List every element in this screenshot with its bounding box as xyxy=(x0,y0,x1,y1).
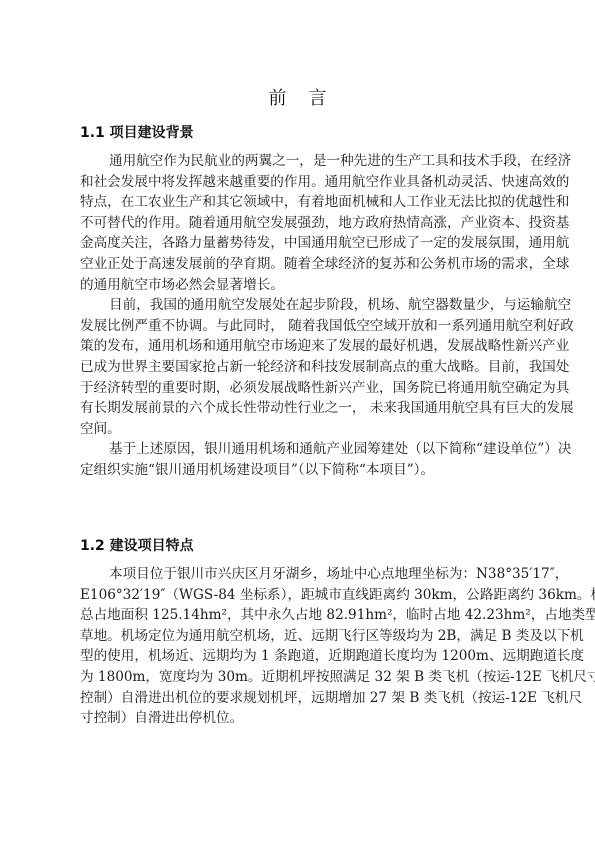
text-line: 本项目位于银川市兴庆区月牙湖乡，场址中心点地理坐标为：N38°35′17″， xyxy=(80,564,533,585)
page-title: 前言 xyxy=(0,87,595,111)
document-page: 前言 1.1 项目建设背景 通用航空作为民航业的两翼之一，是一种先进的生产工具和… xyxy=(0,0,595,842)
text-line: 型的使用，机场近、远期均为 1 条跑道，近期跑道长度均为 1200m、远期跑道长… xyxy=(80,646,533,667)
text-line: 总占地面积 125.14hm²，其中永久占地 82.91hm²，临时占地 42.… xyxy=(80,605,533,626)
text-line: 金高度关注，各路力量蓄势待发，中国通用航空已形成了一定的发展氛围，通用航 xyxy=(80,233,533,254)
text-line: 目前，我国的通用航空发展处在起步阶段，机场、航空器数量少，与运输航空 xyxy=(80,295,533,316)
page-title-char-1: 前 xyxy=(269,88,287,109)
text-line: 寸控制）自滑进出停机位。 xyxy=(80,708,533,729)
section-body-1-2: 本项目位于银川市兴庆区月牙湖乡，场址中心点地理坐标为：N38°35′17″， E… xyxy=(80,564,533,729)
text-line: 有长期发展前景的六个成长性带动性行业之一， 未来我国通用航空具有巨大的发展 xyxy=(80,398,533,419)
text-line: 控制）自滑进出机位的要求规划机坪，远期增加 27 架 B 类飞机（按运-12E … xyxy=(80,688,533,709)
text-line: 定组织实施“银川通用机场建设项目”（以下简称“本项目”）。 xyxy=(80,460,533,481)
paragraph: 目前，我国的通用航空发展处在起步阶段，机场、航空器数量少，与运输航空 发展比例严… xyxy=(80,295,533,439)
paragraph: 基于上述原因，银川通用机场和通航产业园筹建处（以下简称“建设单位”）决 定组织实… xyxy=(80,439,533,480)
section-body-1-1: 通用航空作为民航业的两翼之一，是一种先进的生产工具和技术手段，在经济 和社会发展… xyxy=(80,151,533,481)
text-line: 和社会发展中将发挥越来越重要的作用。通用航空作业具备机动灵活、快速高效的 xyxy=(80,172,533,193)
text-line: 草地。机场定位为通用航空机场，近、远期飞行区等级均为 2B，满足 B 类及以下机 xyxy=(80,626,533,647)
paragraph: 通用航空作为民航业的两翼之一，是一种先进的生产工具和技术手段，在经济 和社会发展… xyxy=(80,151,533,295)
text-line: E106°32′19″（WGS-84 坐标系），距城市直线距离约 30km，公路… xyxy=(80,585,533,606)
text-line: 于经济转型的重要时期，必须发展战略性新兴产业，国务院已将通用航空确定为具 xyxy=(80,378,533,399)
paragraph: 本项目位于银川市兴庆区月牙湖乡，场址中心点地理坐标为：N38°35′17″， E… xyxy=(80,564,533,729)
page-title-char-2: 言 xyxy=(309,88,327,109)
text-line: 的通用航空市场必然会显著增长。 xyxy=(80,275,533,296)
text-line: 特点，在工农业生产和其它领域中，有着地面机械和人工作业无法比拟的优越性和 xyxy=(80,192,533,213)
text-line: 基于上述原因，银川通用机场和通航产业园筹建处（以下简称“建设单位”）决 xyxy=(80,439,533,460)
text-line: 发展比例严重不协调。与此同时， 随着我国低空空域开放和一系列通用航空利好政 xyxy=(80,316,533,337)
text-line: 为 1800m，宽度均为 30m。近期机坪按照满足 32 架 B 类飞机（按运-… xyxy=(80,667,533,688)
text-line: 空业正处于高速发展前的孕育期。随着全球经济的复苏和公务机市场的需求，全球 xyxy=(80,254,533,275)
section-heading-1-2: 1.2 建设项目特点 xyxy=(80,537,194,555)
text-line: 通用航空作为民航业的两翼之一，是一种先进的生产工具和技术手段，在经济 xyxy=(80,151,533,172)
text-line: 策的发布，通用机场和通用航空市场迎来了发展的最好机遇，发展战略性新兴产业 xyxy=(80,336,533,357)
text-line: 已成为世界主要国家抢占新一轮经济和科技发展制高点的重大战略。目前，我国处 xyxy=(80,357,533,378)
text-line: 空间。 xyxy=(80,419,533,440)
section-heading-1-1: 1.1 项目建设背景 xyxy=(80,124,194,142)
text-line: 不可替代的作用。随着通用航空发展强劲，地方政府热情高涨，产业资本、投资基 xyxy=(80,213,533,234)
